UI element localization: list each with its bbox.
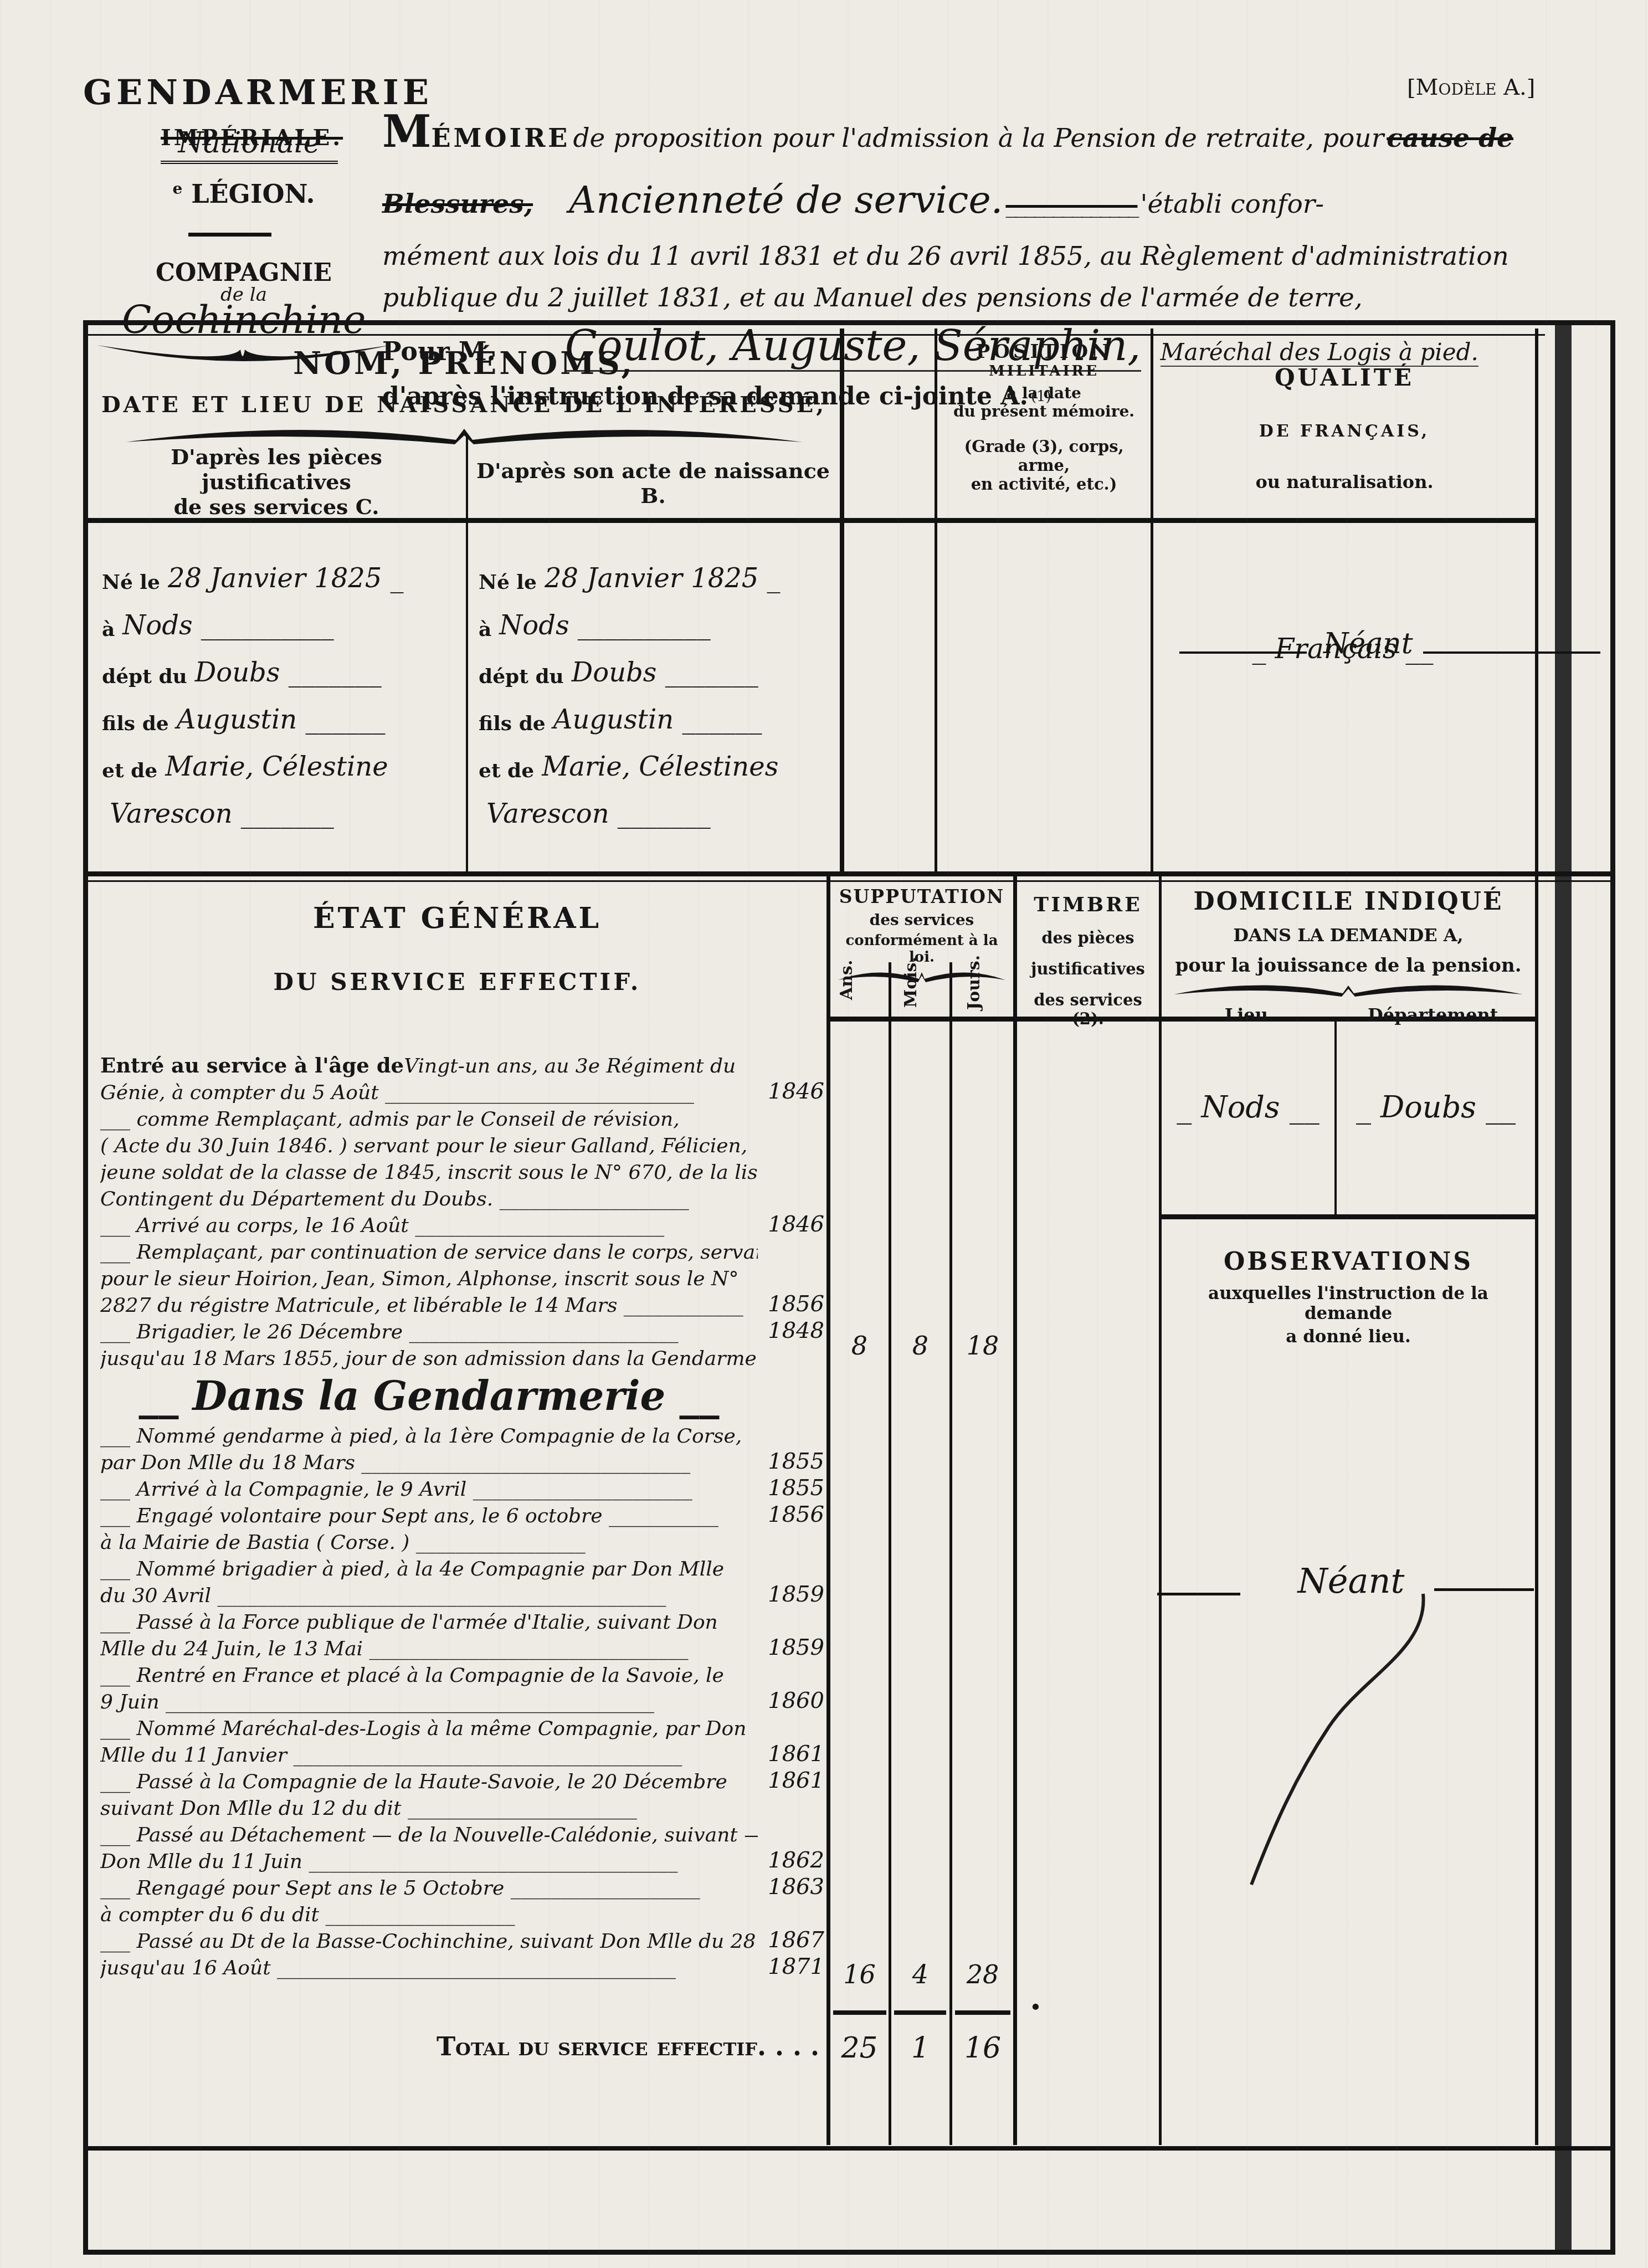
lieu-label: Lieu. bbox=[1162, 1004, 1337, 1025]
timbre-1: TIMBRE bbox=[1017, 893, 1159, 916]
service-line-text: ___ Passé à la Force publique de l'armée… bbox=[100, 1611, 758, 1634]
model-label: [Modèle A.] bbox=[1407, 75, 1629, 100]
service-record-line: jeune soldat de la classe de 1845, inscr… bbox=[100, 1157, 826, 1184]
service-line-year: 1861 bbox=[758, 1768, 826, 1793]
motif-rule: ______________ bbox=[1005, 193, 1137, 218]
t2-divider-jours-timbre bbox=[1013, 876, 1017, 2145]
service-line-text: à la Mairie de Bastia ( Corse. ) _______… bbox=[100, 1531, 758, 1554]
intro-line-4: publique du 2 juillet 1831, et au Manuel… bbox=[382, 283, 1634, 313]
service-record-line: à compter du 6 du dit __________________… bbox=[100, 1900, 826, 1926]
birth-row-value: Augustin ______ bbox=[553, 704, 762, 735]
birth-col-c: Né le 28 Janvier 1825 _ à Nods _________… bbox=[102, 547, 456, 829]
t2-divider-timbre-domicile bbox=[1159, 876, 1162, 2145]
supputation2-ans: 16 bbox=[830, 1959, 889, 1989]
service-line-year: 1855 bbox=[758, 1475, 826, 1501]
supputation-3: conformément à la loi. bbox=[830, 932, 1013, 966]
ans-label: Ans. bbox=[837, 960, 856, 1000]
service-line-text: Don Mlle du 11 Juin ____________________… bbox=[100, 1850, 758, 1873]
total-ans: 25 bbox=[830, 2031, 889, 2065]
org-block: GENDARMERIE IMPÉRIALE. Nationale e LÉGIO… bbox=[83, 72, 404, 342]
qualite-header: QUALITÉ DE FRANÇAIS, ou naturalisation. bbox=[1153, 364, 1536, 492]
qualite-header-3: ou naturalisation. bbox=[1153, 471, 1536, 492]
etat-general-header: ÉTAT GÉNÉRAL DU SERVICE EFFECTIF. bbox=[88, 901, 826, 996]
service-record-line: à la Mairie de Bastia ( Corse. ) _______… bbox=[100, 1527, 826, 1554]
service-record-line: ___ Arrivé au corps, le 16 Août ________… bbox=[100, 1210, 826, 1237]
org-title: GENDARMERIE bbox=[83, 72, 404, 112]
service-record-line: ___ Remplaçant, par continuation de serv… bbox=[100, 1237, 826, 1264]
birth-row: à Nods __________ bbox=[479, 594, 833, 641]
birth-row: et de Marie, Célestines bbox=[479, 735, 833, 782]
observations-header: OBSERVATIONS auxquelles l'instruction de… bbox=[1162, 1248, 1535, 1347]
service-line-text: ___ Nommé Maréchal-des-Logis à la même C… bbox=[100, 1717, 758, 1740]
col-c-header: D'après les pièces justificatives de ses… bbox=[99, 444, 454, 519]
observations-2: auxquelles l'instruction de la demande bbox=[1162, 1284, 1535, 1323]
jours-label: Jours. bbox=[964, 955, 984, 1010]
position-header-4: du présent mémoire. bbox=[937, 402, 1151, 420]
col-b-header: D'après son acte de naissance B. bbox=[476, 458, 830, 508]
birth-row-label: Né le bbox=[102, 571, 160, 594]
memoire-initial: M bbox=[382, 105, 432, 157]
org-subtitle-handwritten: Nationale bbox=[161, 126, 338, 164]
service-record-line: Mlle du 11 Janvier _____________________… bbox=[100, 1740, 826, 1767]
t2-divider-service-ans bbox=[826, 876, 830, 2145]
timbre-header: TIMBRE des pièces justificatives des ser… bbox=[1017, 893, 1159, 1028]
service-record-line: Contingent du Département du Doubs. ____… bbox=[100, 1184, 826, 1210]
service-line-year: 1859 bbox=[758, 1582, 826, 1607]
observations-3: a donné lieu. bbox=[1162, 1327, 1535, 1347]
service-record-line: Entré au service à l'âge de Vingt-un ans… bbox=[100, 1051, 826, 1077]
service-line-year: 1846 bbox=[758, 1079, 826, 1104]
etat-general-2: DU SERVICE EFFECTIF. bbox=[88, 968, 826, 996]
service-line-text: 2827 du régistre Matricule, et libérable… bbox=[100, 1294, 758, 1317]
supputation2-jours: 28 bbox=[952, 1959, 1013, 1989]
service-record-line: jusqu'au 16 Août _______________________… bbox=[100, 1953, 826, 1979]
service-line-text: 9 Juin _________________________________… bbox=[100, 1691, 758, 1713]
birth-row: fils de Augustin ______ bbox=[102, 688, 456, 735]
service-record-line: jusqu'au 18 Mars 1855, jour de son admis… bbox=[100, 1343, 826, 1370]
differences-value: Néant bbox=[1323, 627, 1413, 660]
t2-right-border bbox=[1535, 876, 1538, 2145]
service-line-year: 1861 bbox=[758, 1741, 826, 1767]
service-line-text: ___ Arrivé à la Compagnie, le 9 Avril __… bbox=[100, 1478, 758, 1501]
birth-row-label: fils de bbox=[102, 712, 169, 735]
intro-line-1: MÉMOIRE de proposition pour l'admission … bbox=[382, 105, 1634, 157]
intro-line-2: Blessures, Ancienneté de service. ______… bbox=[382, 178, 1634, 222]
brace-ornament-domicile bbox=[1171, 980, 1526, 1000]
service-record-line: Don Mlle du 11 Juin ____________________… bbox=[100, 1846, 826, 1873]
service-line-year: 1860 bbox=[758, 1688, 826, 1713]
service-line-text: par Don Mlle du 18 Mars ________________… bbox=[100, 1451, 758, 1474]
service-line-text: ___ comme Remplaçant, admis par le Conse… bbox=[100, 1108, 758, 1131]
position-value-line bbox=[937, 569, 1151, 631]
differences-rule-left bbox=[1179, 651, 1307, 654]
birth-row-value: Marie, Célestine bbox=[165, 751, 388, 782]
divider bbox=[188, 233, 271, 237]
birth-row: à Nods __________ bbox=[102, 594, 456, 641]
service-record-line: 9 Juin _________________________________… bbox=[100, 1687, 826, 1713]
service-line-text: Contingent du Département du Doubs. ____… bbox=[100, 1188, 758, 1210]
service-record-line: ___ Rengagé pour Sept ans le 5 Octobre _… bbox=[100, 1873, 826, 1900]
differences-value-text: Néant bbox=[1323, 627, 1413, 660]
supputation1-mois: 8 bbox=[891, 1331, 949, 1361]
legion-line: e LÉGION. bbox=[83, 179, 404, 209]
differences-rule bbox=[1423, 651, 1600, 654]
table2-top-inner-rule bbox=[88, 880, 1610, 882]
position-header: POSITION MILITAIRE à la date du présent … bbox=[937, 341, 1151, 494]
domicile-header: DOMICILE INDIQUÉ DANS LA DEMANDE A, pour… bbox=[1162, 887, 1535, 1025]
service-record-line: pour le sieur Hoirion, Jean, Simon, Alph… bbox=[100, 1264, 826, 1290]
table1-top-inner-rule bbox=[88, 334, 1545, 336]
service-line-text: ___ Rentré en France et placé à la Compa… bbox=[100, 1664, 758, 1687]
service-line-text: ___ Brigadier, le 26 Décembre __________… bbox=[100, 1321, 758, 1343]
domicile-sublabels: Lieu. Département. bbox=[1162, 1004, 1535, 1025]
qualite-header-1: QUALITÉ bbox=[1153, 364, 1536, 391]
birth-row-value: Varescon _______ bbox=[110, 798, 334, 829]
service-record-line: Génie, à compter du 5 Août _____________… bbox=[100, 1077, 826, 1104]
birth-row: et de Marie, Célestine bbox=[102, 735, 456, 782]
birth-row: dépt du Doubs _______ bbox=[102, 641, 456, 688]
observations-rule-left bbox=[1157, 1593, 1240, 1595]
service-line-text: ___ Passé au Dt de la Basse-Cochinchine,… bbox=[100, 1930, 758, 1953]
position-value-line bbox=[937, 755, 1151, 817]
service-line-text: ___ Arrivé au corps, le 16 Août ________… bbox=[100, 1214, 758, 1237]
ans-label-wrap: Ans. bbox=[837, 968, 881, 1018]
model-label-text: [Modèle A.] bbox=[1407, 75, 1535, 100]
intro-text-1: de proposition pour l'admission à la Pen… bbox=[573, 123, 1384, 153]
birth-row-label: dépt du bbox=[102, 665, 187, 688]
position-header-5: (Grade (3), corps, bbox=[937, 437, 1151, 456]
position-header-3: à la date bbox=[937, 384, 1151, 402]
service-record-line: 2827 du régistre Matricule, et libérable… bbox=[100, 1290, 826, 1317]
supputation1-jours: 18 bbox=[952, 1331, 1013, 1361]
service-record-line: ( Acte du 30 Juin 1846. ) servant pour l… bbox=[100, 1131, 826, 1157]
memoire-caps: ÉMOIRE bbox=[432, 123, 571, 153]
service-line-text: ___ Passé au Détachement — de la Nouvell… bbox=[100, 1824, 758, 1846]
col-c-header-line2: de ses services C. bbox=[99, 494, 454, 519]
supputation-2: des services bbox=[830, 911, 1013, 929]
birth-row-label: et de bbox=[102, 759, 157, 782]
birth-row-label: et de bbox=[479, 759, 534, 782]
legion-label: LÉGION. bbox=[191, 179, 315, 209]
legion-ordinal: e bbox=[172, 179, 182, 198]
supputation-1: SUPPUTATION bbox=[830, 886, 1013, 907]
hw-anciennete: Ancienneté de service. bbox=[569, 178, 1003, 222]
birth-row-value: 28 Janvier 1825 _ bbox=[545, 563, 781, 594]
service-line-text: Vingt-un ans, au 3e Régiment du bbox=[404, 1055, 758, 1077]
position-header-7: en activité, etc.) bbox=[937, 475, 1151, 494]
struck-cause-de: cause de bbox=[1387, 123, 1513, 153]
birth-row: Varescon _______ bbox=[102, 782, 456, 829]
table1-bottom-rule bbox=[88, 871, 1610, 876]
supputation2-mois: 4 bbox=[891, 1959, 949, 1989]
birth-row: Varescon _______ bbox=[479, 782, 833, 829]
birth-row-value: Nods __________ bbox=[499, 610, 711, 641]
service-record-list: Entré au service à l'âge de Vingt-un ans… bbox=[100, 1051, 826, 1979]
service-line-year: 1862 bbox=[758, 1848, 826, 1873]
service-record-line: ___ Nommé gendarme à pied, à la 1ère Com… bbox=[100, 1421, 826, 1448]
birth-row-label: à bbox=[102, 618, 115, 641]
service-record-line: ___ Nommé brigadier à pied, à la 4e Comp… bbox=[100, 1554, 826, 1581]
birth-row: dépt du Doubs _______ bbox=[479, 641, 833, 688]
form-frame: NOM, PRÉNOMS, DATE ET LIEU DE NAISSANCE … bbox=[83, 320, 1615, 2255]
service-line-text: ___ Nommé brigadier à pied, à la 4e Comp… bbox=[100, 1558, 758, 1581]
service-record-line: ___ Passé au Dt de la Basse-Cochinchine,… bbox=[100, 1926, 826, 1953]
total-label: Total du service effectif. . . . bbox=[88, 2031, 819, 2061]
mois-label-wrap: Mois. bbox=[901, 968, 946, 1018]
etat-general-1: ÉTAT GÉNÉRAL bbox=[88, 901, 826, 935]
observations-value-block: Néant bbox=[1196, 1561, 1506, 1601]
birth-row-value: Marie, Célestines bbox=[542, 751, 778, 782]
service-record-line: ___ Arrivé à la Compagnie, le 9 Avril __… bbox=[100, 1474, 826, 1501]
service-record-line: ___ Rentré en France et placé à la Compa… bbox=[100, 1660, 826, 1687]
birth-row-value: Nods __________ bbox=[122, 610, 334, 641]
nom-prenoms-line2: DATE ET LIEU DE NAISSANCE DE L'INTÉRESSÉ… bbox=[88, 392, 840, 418]
table1-col-divider-b-pos bbox=[840, 329, 844, 874]
service-line-text: __ Dans la Gendarmerie __ bbox=[139, 1372, 720, 1419]
org-subtitle-group: IMPÉRIALE. Nationale bbox=[161, 125, 338, 164]
position-value-line bbox=[937, 693, 1151, 755]
birth-row-value: Doubs _______ bbox=[572, 657, 758, 688]
birth-row-label: Né le bbox=[479, 571, 537, 594]
timbre-4: des services (2). bbox=[1017, 991, 1159, 1028]
total-rule-ans bbox=[833, 2010, 886, 2015]
birth-row: Né le 28 Janvier 1825 _ bbox=[102, 547, 456, 594]
birth-row-value: Varescon _______ bbox=[486, 798, 711, 829]
struck-blessures: Blessures, bbox=[382, 189, 533, 219]
position-header-1: POSITION bbox=[937, 341, 1151, 363]
intro-text-2: 'établi confor- bbox=[1141, 189, 1324, 219]
service-record-line: ___ Passé à la Force publique de l'armée… bbox=[100, 1607, 826, 1634]
service-line-text: jusqu'au 16 Août _______________________… bbox=[100, 1957, 758, 1979]
birth-row-label: fils de bbox=[479, 712, 546, 735]
service-line-printed: Entré au service à l'âge de bbox=[100, 1053, 404, 1077]
position-header-6: arme, bbox=[937, 456, 1151, 475]
nom-prenoms-header: NOM, PRÉNOMS, DATE ET LIEU DE NAISSANCE … bbox=[88, 345, 840, 449]
position-value-line bbox=[937, 631, 1151, 693]
service-record-line: suivant Don Mlle du 12 du dit __________… bbox=[100, 1793, 826, 1820]
service-line-year: 1855 bbox=[758, 1449, 826, 1474]
domicile-1: DOMICILE INDIQUÉ bbox=[1162, 887, 1535, 916]
total-mois: 1 bbox=[891, 2031, 949, 2065]
service-record-line: ___ Nommé Maréchal-des-Logis à la même C… bbox=[100, 1713, 826, 1740]
service-line-text: ___ Rengagé pour Sept ans le 5 Octobre _… bbox=[100, 1877, 758, 1900]
service-line-year: 1863 bbox=[758, 1874, 826, 1900]
birth-row-value: Augustin ______ bbox=[177, 704, 386, 735]
birth-row-value: Doubs _______ bbox=[195, 657, 382, 688]
departement-label: Département. bbox=[1337, 1004, 1535, 1025]
service-record-line: __ Dans la Gendarmerie __ bbox=[100, 1370, 826, 1421]
mois-label: Mois. bbox=[901, 957, 921, 1008]
service-line-text: Mlle du 11 Janvier _____________________… bbox=[100, 1744, 758, 1767]
service-record-line: ___ comme Remplaçant, admis par le Conse… bbox=[100, 1104, 826, 1131]
nom-prenoms-line1: NOM, PRÉNOMS, bbox=[88, 345, 840, 382]
observations-divider bbox=[1162, 1214, 1535, 1219]
service-line-year: 1848 bbox=[758, 1318, 826, 1343]
intro-line-3: mément aux lois du 11 avril 1831 et du 2… bbox=[382, 241, 1634, 271]
service-line-year: 1846 bbox=[758, 1212, 826, 1237]
qualite-header-2: DE FRANÇAIS, bbox=[1153, 422, 1536, 441]
domicile-3: pour la jouissance de la pension. bbox=[1162, 955, 1535, 977]
observations-1: OBSERVATIONS bbox=[1162, 1248, 1535, 1276]
service-record-line: ___ Passé à la Compagnie de la Haute-Sav… bbox=[100, 1767, 826, 1793]
service-record-line: ___ Engagé volontaire pour Sept ans, le … bbox=[100, 1501, 826, 1527]
service-line-text: Mlle du 24 Juin, le 13 Mai _____________… bbox=[100, 1638, 758, 1660]
service-line-year: 1856 bbox=[758, 1291, 826, 1317]
notes-top-rule bbox=[88, 2146, 1610, 2151]
birth-row-value: 28 Janvier 1825 _ bbox=[168, 563, 404, 594]
service-record-line: ___ Brigadier, le 26 Décembre __________… bbox=[100, 1317, 826, 1343]
service-record-line: ___ Passé au Détachement — de la Nouvell… bbox=[100, 1820, 826, 1846]
birth-row: Né le 28 Janvier 1825 _ bbox=[479, 547, 833, 594]
service-line-text: pour le sieur Hoirion, Jean, Simon, Alph… bbox=[100, 1268, 758, 1290]
total-jours: 16 bbox=[952, 2031, 1013, 2065]
compagnie-label: COMPAGNIE bbox=[83, 259, 404, 287]
service-record-line: du 30 Avril ____________________________… bbox=[100, 1581, 826, 1607]
service-line-text: suivant Don Mlle du 12 du dit __________… bbox=[100, 1797, 758, 1820]
position-header-2: MILITAIRE bbox=[937, 363, 1151, 379]
domicile-2: DANS LA DEMANDE A, bbox=[1162, 925, 1535, 946]
supputation1-ans: 8 bbox=[830, 1331, 889, 1361]
timbre-3: justificatives bbox=[1017, 959, 1159, 978]
service-line-text: jeune soldat de la classe de 1845, inscr… bbox=[100, 1161, 758, 1184]
service-line-text: du 30 Avril ____________________________… bbox=[100, 1584, 758, 1607]
service-line-text: ( Acte du 30 Juin 1846. ) servant pour l… bbox=[100, 1135, 758, 1157]
service-line-year: 1859 bbox=[758, 1635, 826, 1660]
service-line-year: 1856 bbox=[758, 1502, 826, 1527]
service-line-text: ___ Nommé gendarme à pied, à la 1ère Com… bbox=[100, 1425, 758, 1448]
service-line-text: ___ Engagé volontaire pour Sept ans, le … bbox=[100, 1505, 758, 1527]
jours-label-wrap: Jours. bbox=[964, 968, 1009, 1018]
service-line-text: ___ Remplaçant, par continuation de serv… bbox=[100, 1241, 758, 1264]
scan-edge-strip bbox=[1555, 325, 1572, 2250]
col-b-header-line: D'après son acte de naissance B. bbox=[476, 458, 830, 508]
col-c-header-line1: D'après les pièces justificatives bbox=[99, 444, 454, 494]
service-record-line: par Don Mlle du 18 Mars ________________… bbox=[100, 1448, 826, 1474]
birth-col-b: Né le 28 Janvier 1825 _ à Nods _________… bbox=[479, 547, 833, 829]
scanned-form-page: [Modèle A.] GENDARMERIE IMPÉRIALE. Natio… bbox=[0, 0, 1648, 2268]
timbre-mark: . bbox=[1030, 1979, 1041, 2018]
service-line-year: 1867 bbox=[758, 1927, 826, 1953]
service-line-year: 1871 bbox=[758, 1954, 826, 1979]
service-line-text: jusqu'au 18 Mars 1855, jour de son admis… bbox=[100, 1347, 758, 1370]
total-rule-jours bbox=[955, 2010, 1010, 2015]
observations-flourish bbox=[1229, 1583, 1462, 1893]
service-record-line: Mlle du 24 Juin, le 13 Mai _____________… bbox=[100, 1634, 826, 1660]
lieu-value: _ Nods __ bbox=[1162, 1090, 1334, 1125]
birth-row-label: dépt du bbox=[479, 665, 564, 688]
service-line-text: Génie, à compter du 5 Août _____________… bbox=[100, 1081, 758, 1104]
position-value bbox=[937, 569, 1151, 817]
birth-row: fils de Augustin ______ bbox=[479, 688, 833, 735]
departement-value: _ Doubs __ bbox=[1337, 1090, 1535, 1125]
total-rule-mois bbox=[894, 2010, 946, 2015]
service-line-text: à compter du 6 du dit __________________… bbox=[100, 1903, 758, 1926]
timbre-2: des pièces bbox=[1017, 928, 1159, 947]
table1-col-divider-c-b bbox=[466, 436, 468, 874]
service-line-text: ___ Passé à la Compagnie de la Haute-Sav… bbox=[100, 1771, 758, 1793]
birth-row-label: à bbox=[479, 618, 491, 641]
